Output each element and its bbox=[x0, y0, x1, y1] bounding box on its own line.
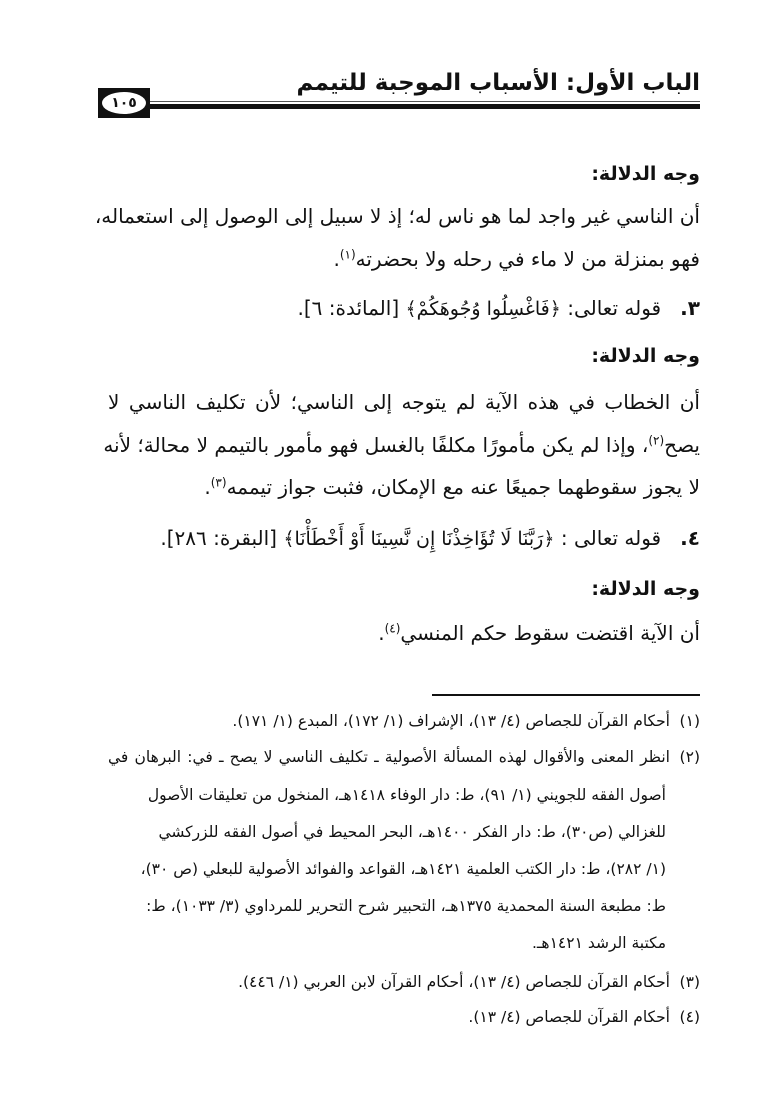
quran-verse: ﴿فَاغْسِلُوا وُجُوهَكُمْ﴾ bbox=[406, 298, 561, 320]
chapter-title: الباب الأول: الأسباب الموجبة للتيمم bbox=[297, 70, 700, 96]
verse-item: ٣. قوله تعالى: ﴿فَاغْسِلُوا وُجُوهَكُمْ﴾… bbox=[297, 296, 700, 320]
book-page: الباب الأول: الأسباب الموجبة للتيمم ١٠٥ … bbox=[0, 0, 761, 1118]
footnote-2-line: ط: مطبعة السنة المحمدية ١٣٧٥هـ، التحبير … bbox=[146, 897, 666, 915]
text-line: يصح(٢)، وإذا لم يكن مأمورًا مكلفًا بالغس… bbox=[108, 433, 700, 457]
text-line: لا يجوز سقوطهما جميعًا عنه مع الإمكان، ف… bbox=[204, 475, 700, 499]
footnote-4: (٤)أحكام القرآن للجصاص (٤/ ١٣). bbox=[468, 1008, 700, 1026]
footnote-1: (١)أحكام القرآن للجصاص (٤/ ١٣)، الإشراف … bbox=[232, 712, 700, 730]
footnote-ref[interactable]: (٢) bbox=[648, 433, 664, 447]
verse-intro: قوله تعالى: bbox=[567, 296, 661, 320]
page-number-badge: ١٠٥ bbox=[98, 88, 150, 118]
page-header: الباب الأول: الأسباب الموجبة للتيمم ١٠٥ bbox=[98, 66, 700, 116]
footnote-ref[interactable]: (١) bbox=[340, 247, 356, 261]
item-number: ٣. bbox=[680, 296, 700, 320]
section-heading: وجه الدلالة: bbox=[591, 163, 700, 185]
header-rule bbox=[148, 104, 700, 109]
page-number: ١٠٥ bbox=[102, 92, 146, 114]
footnote-separator bbox=[432, 694, 700, 696]
footnote-2-line: للغزالي (ص٣٠)، ط: دار الفكر ١٤٠٠هـ، البح… bbox=[158, 823, 666, 841]
footnote-number: (٣) bbox=[670, 973, 700, 991]
verse-citation: [البقرة: ٢٨٦]. bbox=[160, 526, 277, 550]
text-line: فهو بمنزلة من لا ماء في رحله ولا بحضرته(… bbox=[333, 247, 700, 271]
footnote-2: (٢)انظر المعنى والأقوال لهذه المسألة الأ… bbox=[108, 748, 700, 766]
footnote-2-line: أصول الفقه للجويني (١/ ٩١)، ط: دار الوفا… bbox=[148, 786, 666, 804]
footnote-2-line: مكتبة الرشد ١٤٢١هـ. bbox=[532, 934, 666, 952]
item-number: ٤. bbox=[680, 526, 700, 550]
footnote-ref[interactable]: (٤) bbox=[385, 621, 401, 635]
verse-citation: [المائدة: ٦]. bbox=[297, 296, 399, 320]
quran-verse: ﴿رَبَّنَا لَا تُؤَاخِذْنَا إِن نَّسِينَا… bbox=[283, 528, 554, 550]
footnote-ref[interactable]: (٣) bbox=[211, 475, 227, 489]
section-heading: وجه الدلالة: bbox=[591, 578, 700, 600]
verse-item: ٤. قوله تعالى : ﴿رَبَّنَا لَا تُؤَاخِذْن… bbox=[160, 526, 700, 550]
text-line: أن الناسي غير واجد لما هو ناس له؛ إذ لا … bbox=[108, 204, 700, 228]
text-line: أن الآية اقتضت سقوط حكم المنسي(٤). bbox=[378, 621, 700, 645]
text-line: أن الخطاب في هذه الآية لم يتوجه إلى النا… bbox=[108, 390, 700, 414]
footnote-number: (٤) bbox=[670, 1008, 700, 1026]
section-heading: وجه الدلالة: bbox=[591, 345, 700, 367]
verse-intro: قوله تعالى : bbox=[561, 526, 661, 550]
footnote-number: (٢) bbox=[670, 748, 700, 766]
footnote-2-line: (١/ ٢٨٢)، ط: دار الكتب العلمية ١٤٢١هـ، ا… bbox=[141, 860, 666, 878]
footnote-3: (٣)أحكام القرآن للجصاص (٤/ ١٣)، أحكام ال… bbox=[238, 973, 700, 991]
footnote-number: (١) bbox=[670, 712, 700, 730]
